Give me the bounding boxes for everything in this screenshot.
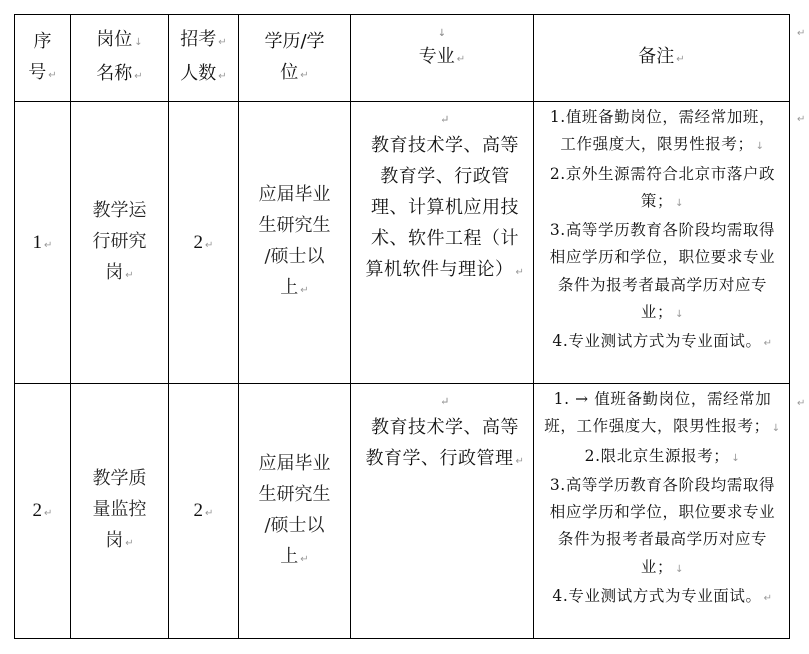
degree-requirement: 应届毕业生研究生/硕士以上↵ <box>239 384 351 639</box>
recruit-count: 2↵ <box>169 384 239 639</box>
major-requirement: ↵教育技术学、高等教育学、行政管理、计算机应用技术、软件工程（计算机软件与理论）… <box>351 102 534 384</box>
degree-requirement: 应届毕业生研究生/硕士以上↵ <box>239 102 351 384</box>
note-item: 1. → 值班备勤岗位，需经常加班，工作强度大，限男性报考；↓ <box>542 386 783 443</box>
notes: 1.值班备勤岗位，需经常加班，工作强度大，限男性报考；↓ 2.京外生源需符合北京… <box>534 102 790 384</box>
note-item: 1.值班备勤岗位，需经常加班，工作强度大，限男性报考；↓ <box>542 104 783 161</box>
row-end-mark: ↵ <box>797 114 805 125</box>
header-index: 序号↵ <box>15 15 71 102</box>
table-row: 1↵ 教学运行研究岗↵ 2↵ 应届毕业生研究生/硕士以上↵ ↵教育技术学、高等教… <box>15 102 790 384</box>
note-item: 3.高等学历教育各阶段均需取得相应学历和学位，职位要求专业条件为报考者最高学历对… <box>542 472 783 583</box>
note-item: 3.高等学历教育各阶段均需取得相应学历和学位，职位要求专业条件为报考者最高学历对… <box>542 217 783 328</box>
note-item: 2.京外生源需符合北京市落户政策；↓ <box>542 161 783 218</box>
major-requirement: ↵教育技术学、高等教育学、行政管理↵ <box>351 384 534 639</box>
note-item: 4.专业测试方式为专业面试。↵ <box>542 583 783 612</box>
position-name: 教学运行研究岗↵ <box>71 102 169 384</box>
header-count: 招考↵人数↵ <box>169 15 239 102</box>
header-position: 岗位↓名称↵ <box>71 15 169 102</box>
header-notes: 备注↵ <box>534 15 790 102</box>
note-item: 2.限北京生源报考；↓ <box>542 443 783 472</box>
row-index: 1↵ <box>15 102 71 384</box>
recruit-count: 2↵ <box>169 102 239 384</box>
header-major: ↓专业↵ <box>351 15 534 102</box>
table-row: 2↵ 教学质量监控岗↵ 2↵ 应届毕业生研究生/硕士以上↵ ↵教育技术学、高等教… <box>15 384 790 639</box>
row-end-mark: ↵ <box>797 398 805 409</box>
note-item: 4.专业测试方式为专业面试。↵ <box>542 328 783 357</box>
row-index: 2↵ <box>15 384 71 639</box>
header-row: 序号↵ 岗位↓名称↵ 招考↵人数↵ 学历/学位↵ ↓专业↵ 备注↵ <box>15 15 790 102</box>
position-name: 教学质量监控岗↵ <box>71 384 169 639</box>
row-end-mark: ↵ <box>797 28 805 39</box>
notes: 1. → 值班备勤岗位，需经常加班，工作强度大，限男性报考；↓ 2.限北京生源报… <box>534 384 790 639</box>
header-degree: 学历/学位↵ <box>239 15 351 102</box>
recruitment-table: 序号↵ 岗位↓名称↵ 招考↵人数↵ 学历/学位↵ ↓专业↵ 备注↵ 1↵ 教学运… <box>14 14 790 639</box>
